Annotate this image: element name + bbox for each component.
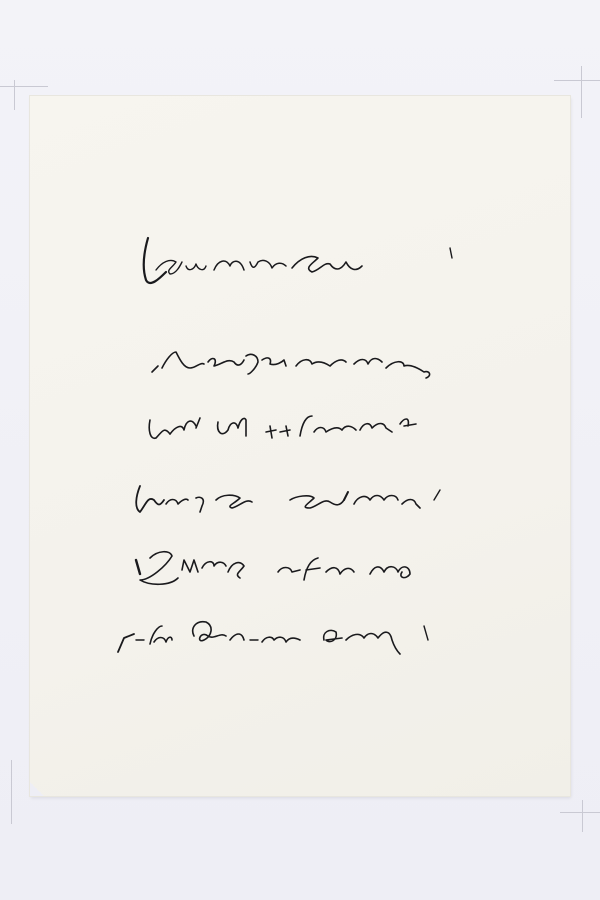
crop-mark-top-left-h	[0, 86, 48, 87]
crop-mark-bottom-left-v	[11, 760, 12, 824]
crop-mark-top-right-h	[554, 80, 600, 81]
handwritten-sheet	[30, 96, 570, 796]
crop-mark-top-left-v	[14, 80, 15, 110]
crop-mark-top-right-v	[581, 66, 582, 118]
crop-mark-bottom-right-h	[560, 812, 600, 813]
crop-mark-bottom-right-v	[582, 800, 583, 832]
